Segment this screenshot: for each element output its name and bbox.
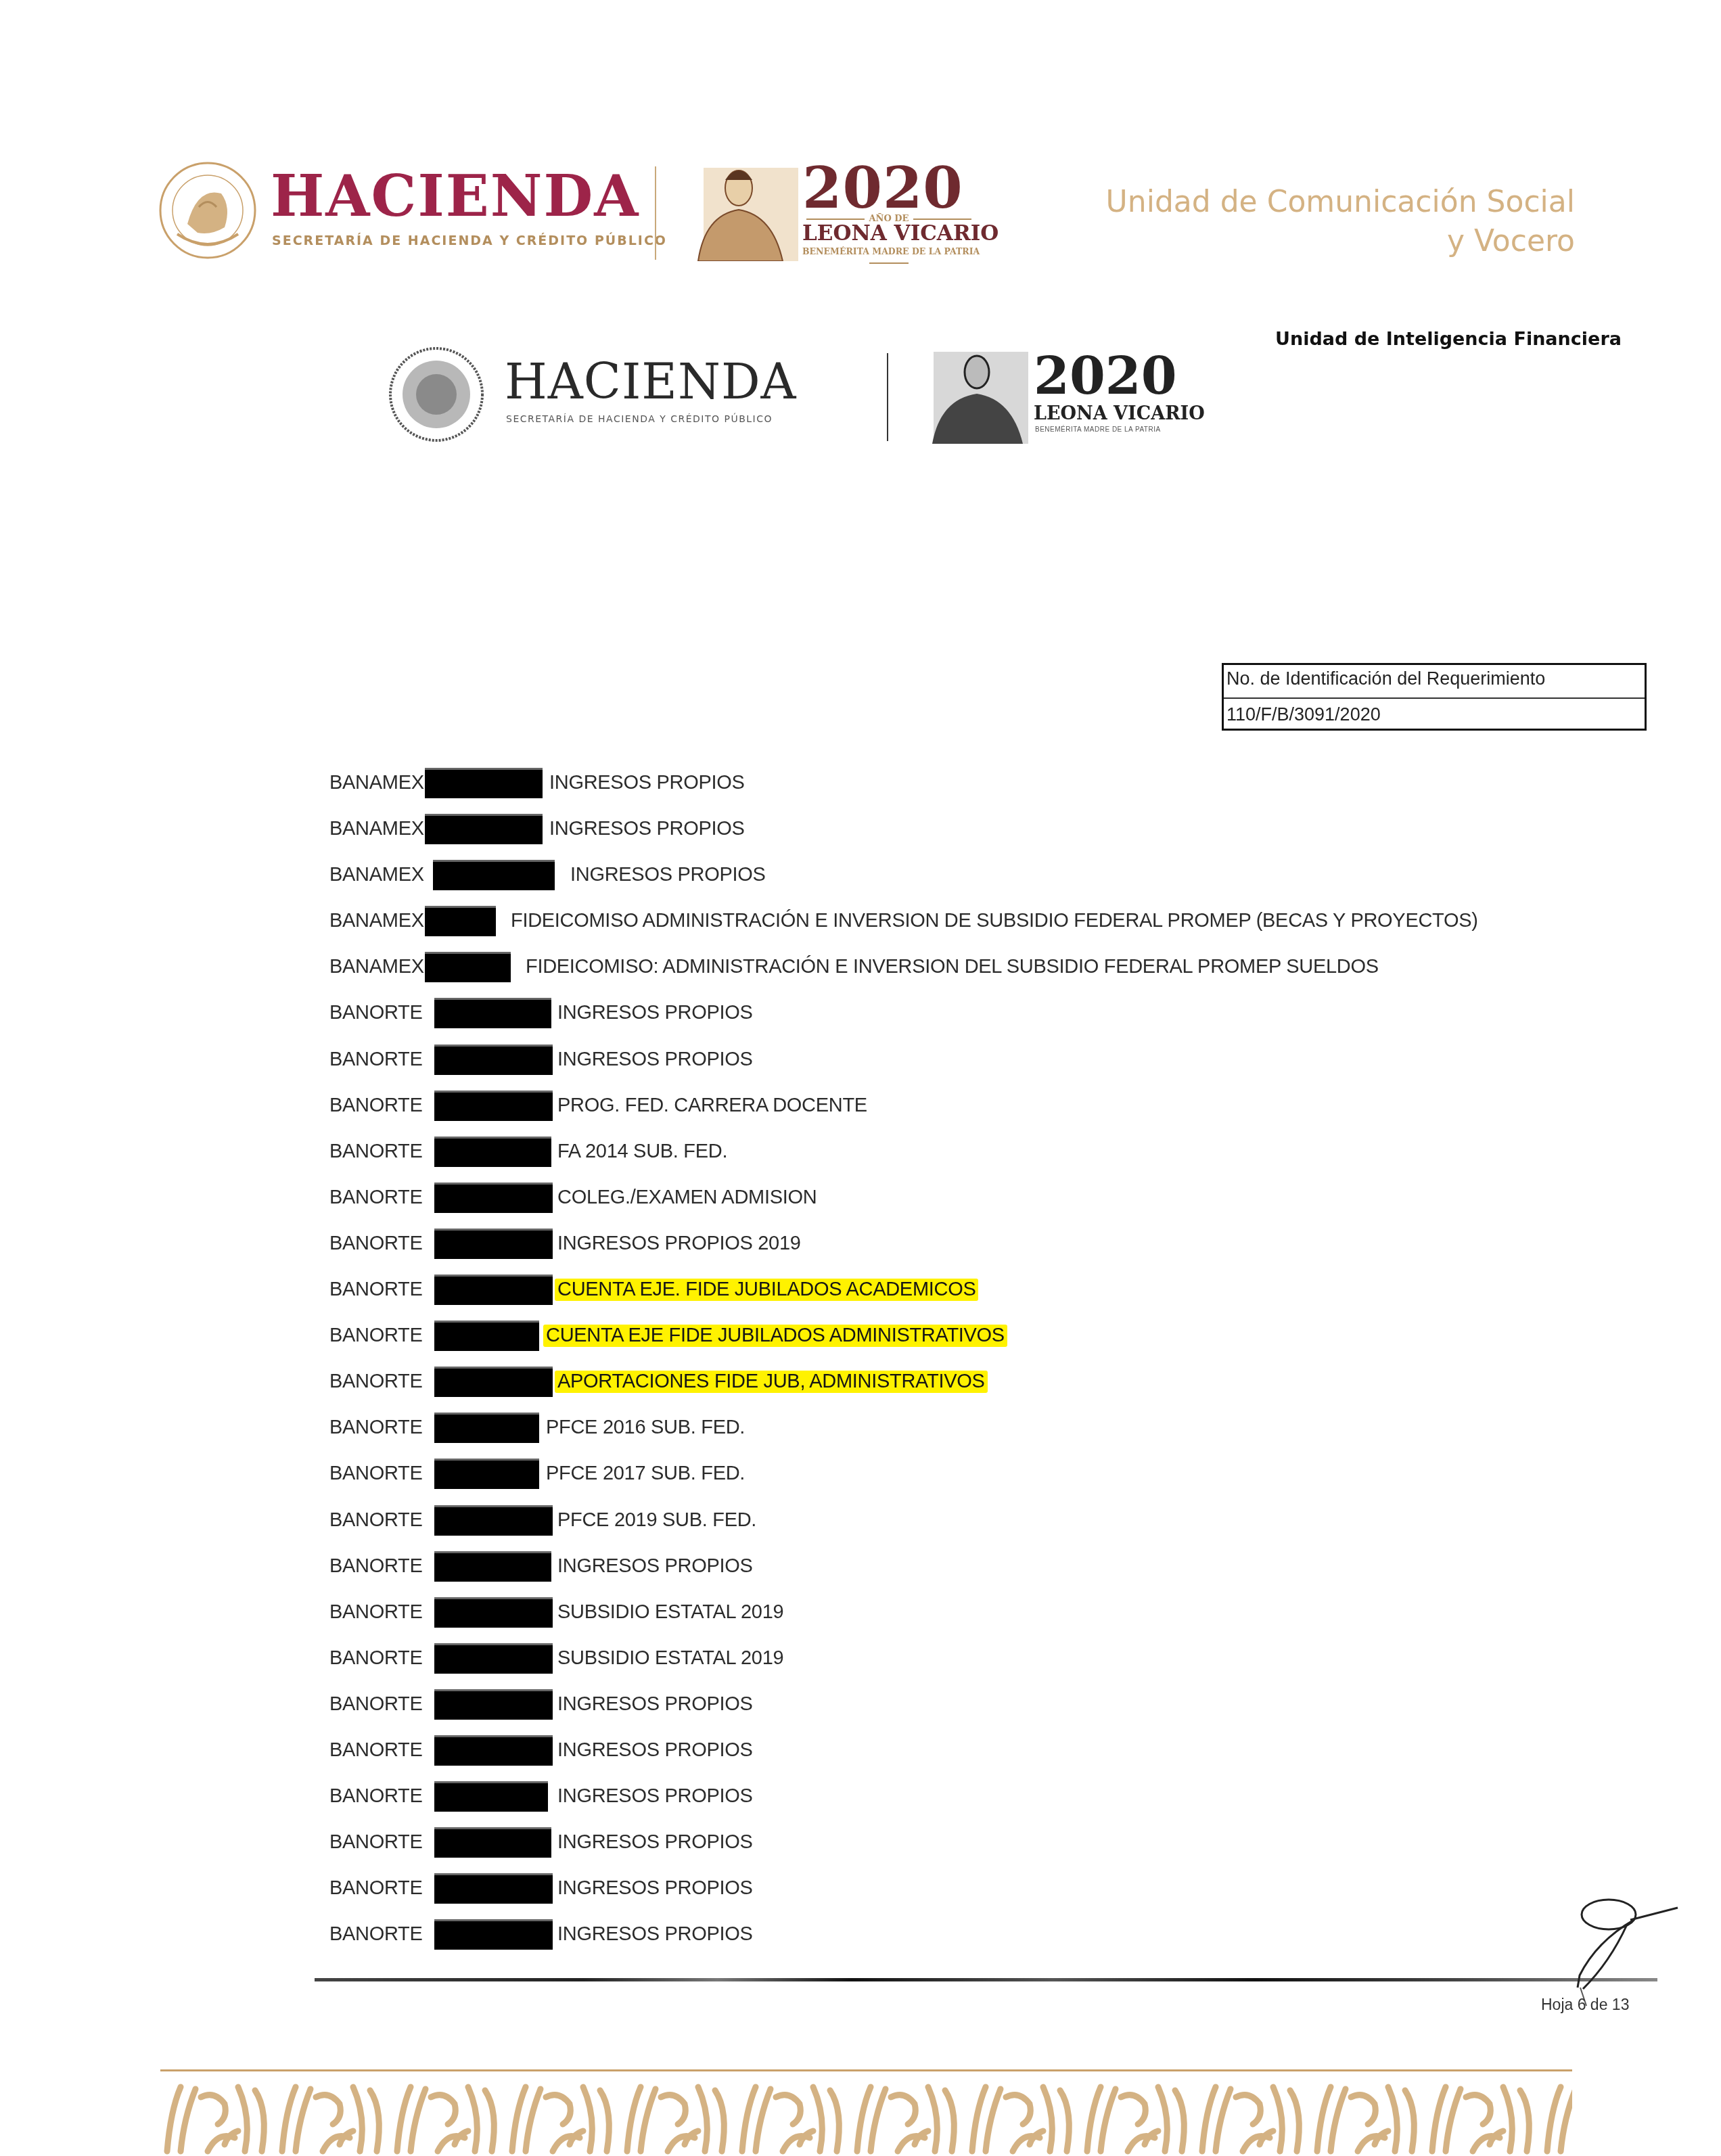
national-seal-icon <box>157 160 258 261</box>
account-description: INGRESOS PROPIOS <box>570 864 766 886</box>
scanned-agency-name: HACIENDA <box>505 357 797 406</box>
bank-name: BANORTE <box>329 1463 423 1485</box>
bank-name: BANORTE <box>329 1647 423 1670</box>
scanned-leona-name: LEONA VICARIO <box>1034 405 1205 423</box>
year-2020: 2020 <box>802 160 963 216</box>
redacted-account-number <box>434 1229 553 1259</box>
account-description-highlighted: CUENTA EJE FIDE JUBILADOS ADMINISTRATIVO… <box>543 1325 1007 1347</box>
bank-name: BANAMEX <box>329 772 424 794</box>
account-description: INGRESOS PROPIOS <box>557 1555 753 1578</box>
account-description: FIDEICOMISO ADMINISTRACIÓN E INVERSION D… <box>511 910 1478 932</box>
header-divider <box>655 166 656 260</box>
agency-subtitle: SECRETARÍA DE HACIENDA Y CRÉDITO PÚBLICO <box>272 233 667 248</box>
year-logo-underline <box>869 262 909 264</box>
account-description: PFCE 2017 SUB. FED. <box>546 1463 745 1485</box>
redacted-account-number <box>425 768 543 798</box>
account-description: INGRESOS PROPIOS <box>549 772 745 794</box>
leona-vicario-name: LEONA VICARIO <box>802 223 999 244</box>
unit-line-1: Unidad de Comunicación Social <box>1106 183 1575 222</box>
footer-decorative-pattern-icon <box>160 2084 1572 2156</box>
account-description: COLEG./EXAMEN ADMISION <box>557 1187 817 1209</box>
bank-name: BANAMEX <box>329 910 424 932</box>
account-description: INGRESOS PROPIOS <box>557 1785 753 1808</box>
bank-name: BANORTE <box>329 1141 423 1163</box>
redacted-account-number <box>434 1597 553 1628</box>
redacted-account-number <box>434 1091 553 1121</box>
account-description-highlighted: APORTACIONES FIDE JUB, ADMINISTRATIVOS <box>555 1371 988 1393</box>
letterhead: HACIENDA SECRETARÍA DE HACIENDA Y CRÉDIT… <box>0 0 1721 284</box>
bank-name: BANORTE <box>329 1095 423 1117</box>
bank-name: BANORTE <box>329 1049 423 1071</box>
bank-name: BANAMEX <box>329 864 424 886</box>
bank-name: BANAMEX <box>329 956 424 978</box>
account-description-highlighted: CUENTA EJE. FIDE JUBILADOS ACADEMICOS <box>555 1279 978 1301</box>
requirement-id-box: No. de Identificación del Requerimiento … <box>1222 663 1647 731</box>
scanned-year: 2020 <box>1034 350 1177 402</box>
leona-vicario-portrait-icon <box>691 161 798 261</box>
unit-name: Unidad de Comunicación Social y Vocero <box>1106 183 1575 261</box>
redacted-account-number <box>434 998 551 1028</box>
account-description: PFCE 2016 SUB. FED. <box>546 1417 745 1439</box>
bank-name: BANORTE <box>329 1693 423 1716</box>
bank-name: BANORTE <box>329 1923 423 1946</box>
bank-name: BANORTE <box>329 1601 423 1624</box>
redacted-account-number <box>434 1459 539 1489</box>
footer-rule <box>160 2069 1572 2071</box>
redacted-account-number <box>434 1367 553 1397</box>
redacted-account-number <box>434 1873 553 1904</box>
bank-name: BANORTE <box>329 1555 423 1578</box>
redacted-account-number <box>434 1321 539 1351</box>
redacted-account-number <box>425 814 543 844</box>
account-description: INGRESOS PROPIOS <box>557 1049 753 1071</box>
redacted-account-number <box>434 1505 553 1536</box>
account-description: SUBSIDIO ESTATAL 2019 <box>557 1601 783 1624</box>
leona-vicario-subtitle: BENEMÉRITA MADRE DE LA PATRIA <box>802 246 980 256</box>
bank-name: BANORTE <box>329 1831 423 1854</box>
bank-name: BANORTE <box>329 1739 423 1762</box>
account-description: INGRESOS PROPIOS <box>557 1693 753 1716</box>
redacted-account-number <box>434 1643 553 1674</box>
agency-name: HACIENDA <box>271 168 640 225</box>
account-description: INGRESOS PROPIOS <box>557 1831 753 1854</box>
bank-name: BANORTE <box>329 1509 423 1532</box>
account-description: INGRESOS PROPIOS <box>557 1739 753 1762</box>
redacted-account-number <box>434 1183 553 1213</box>
redacted-account-number <box>425 952 511 982</box>
scanned-seal-icon <box>387 344 486 445</box>
redacted-account-number <box>434 1413 539 1443</box>
account-description: PFCE 2019 SUB. FED. <box>557 1509 756 1532</box>
account-description: FIDEICOMISO: ADMINISTRACIÓN E INVERSION … <box>526 956 1379 978</box>
uif-unit-name: Unidad de Inteligencia Financiera <box>1275 329 1622 350</box>
page-rule <box>315 1978 1657 1981</box>
bank-name: BANORTE <box>329 1785 423 1808</box>
bank-name: BANORTE <box>329 1233 423 1255</box>
redacted-account-number <box>434 1045 553 1075</box>
bank-name: BANORTE <box>329 1417 423 1439</box>
redacted-account-number <box>434 1689 553 1720</box>
account-description: INGRESOS PROPIOS <box>549 818 745 840</box>
bank-name: BANAMEX <box>329 818 424 840</box>
redacted-account-number <box>434 1137 551 1167</box>
bank-name: BANORTE <box>329 1371 423 1393</box>
account-description: INGRESOS PROPIOS <box>557 1923 753 1946</box>
scanned-portrait-icon <box>928 346 1028 444</box>
redacted-account-number <box>434 1735 553 1766</box>
unit-line-2: y Vocero <box>1106 222 1575 261</box>
scanned-agency-subtitle: SECRETARÍA DE HACIENDA Y CRÉDITO PÚBLICO <box>506 414 773 425</box>
redacted-account-number <box>434 1827 551 1858</box>
requirement-id-value: 110/F/B/3091/2020 <box>1224 699 1645 730</box>
bank-name: BANORTE <box>329 1187 423 1209</box>
scanned-leona-subtitle: BENEMÉRITA MADRE DE LA PATRIA <box>1035 426 1161 434</box>
account-description: INGRESOS PROPIOS <box>557 1002 753 1024</box>
account-description: FA 2014 SUB. FED. <box>557 1141 727 1163</box>
bank-name: BANORTE <box>329 1877 423 1900</box>
page-indicator: Hoja 6 de 13 <box>1541 1996 1629 2014</box>
bank-name: BANORTE <box>329 1279 423 1301</box>
redacted-account-number <box>433 860 555 890</box>
account-description: PROG. FED. CARRERA DOCENTE <box>557 1095 867 1117</box>
bank-name: BANORTE <box>329 1002 423 1024</box>
account-description: INGRESOS PROPIOS <box>557 1877 753 1900</box>
requirement-id-label: No. de Identificación del Requerimiento <box>1224 665 1645 699</box>
redacted-account-number <box>434 1551 551 1582</box>
scanned-header-divider <box>887 353 888 441</box>
account-description: INGRESOS PROPIOS 2019 <box>557 1233 801 1255</box>
redacted-account-number <box>425 906 496 936</box>
redacted-account-number <box>434 1919 553 1950</box>
redacted-account-number <box>434 1781 548 1812</box>
account-description: SUBSIDIO ESTATAL 2019 <box>557 1647 783 1670</box>
redacted-account-number <box>434 1275 553 1305</box>
bank-name: BANORTE <box>329 1325 423 1347</box>
